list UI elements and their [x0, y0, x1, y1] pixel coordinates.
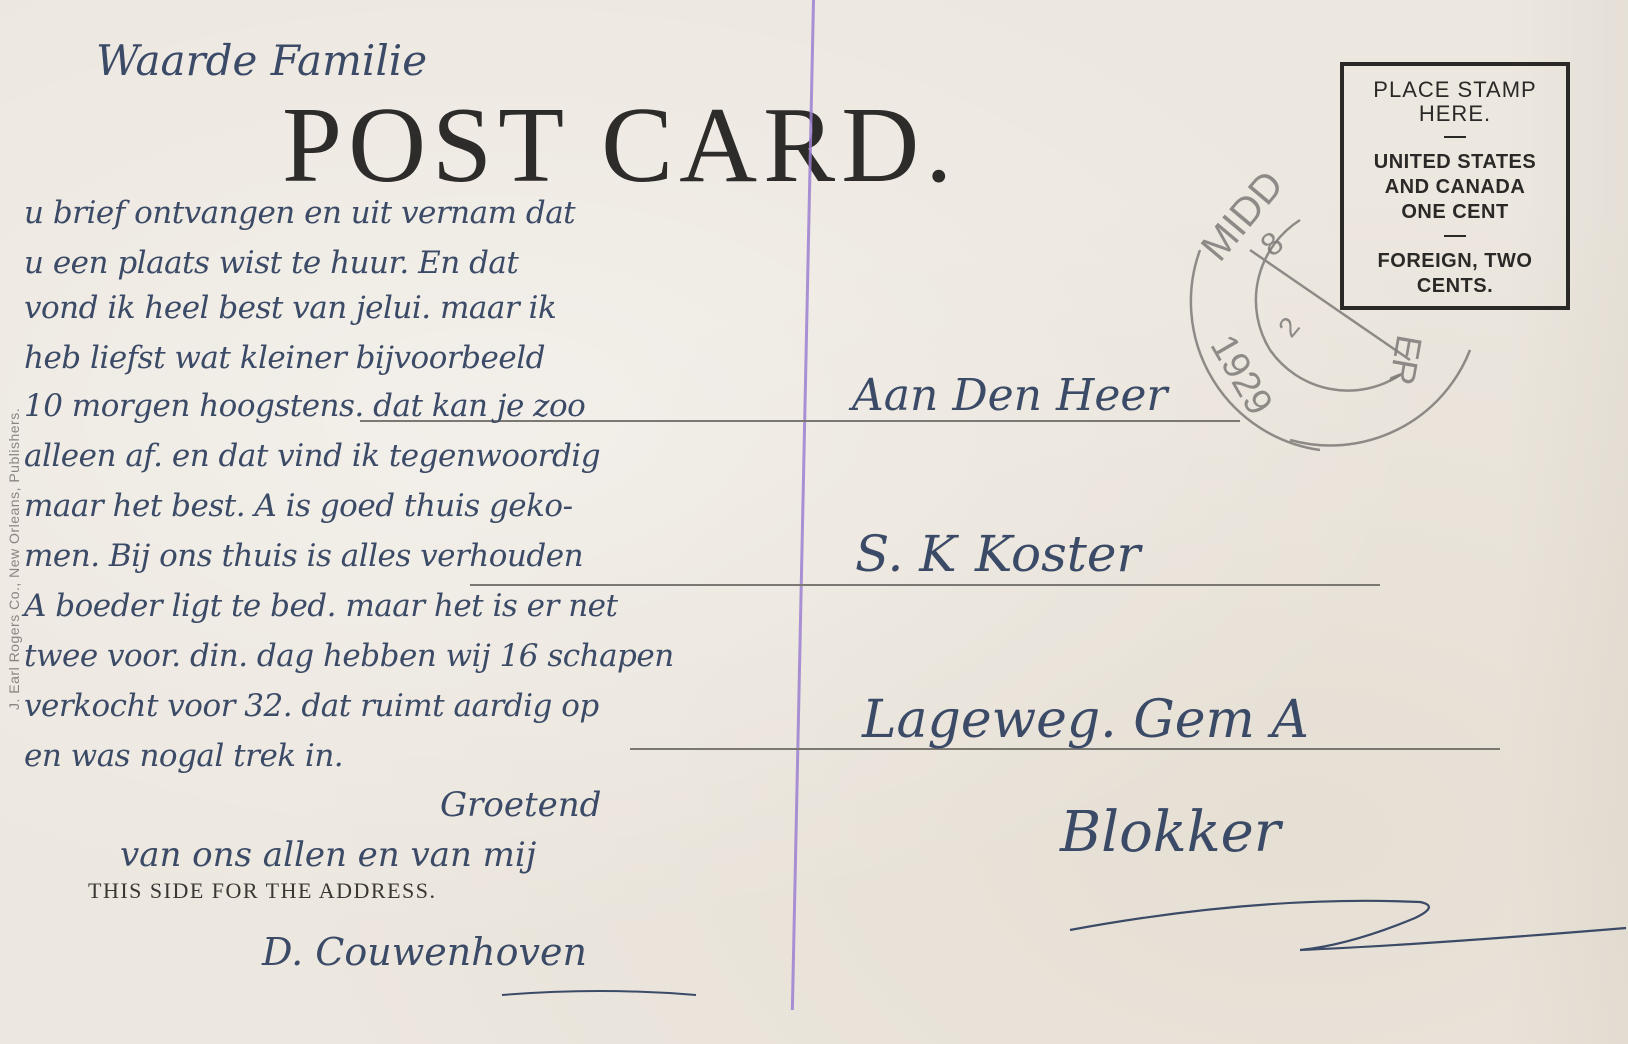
stamp-label-line2: HERE. [1344, 102, 1566, 126]
postmark-town: MIDD [1193, 163, 1292, 270]
postcard-back: Waarde Familie POST CARD. J. Earl Rogers… [0, 0, 1628, 1044]
postcard-title: POST CARD. [282, 92, 958, 200]
address-initials: S. K [855, 525, 957, 583]
message-line: heb liefst wat kleiner bijvoorbeeld [24, 340, 545, 376]
address-flourish [1060, 890, 1628, 960]
message-line: u brief ontvangen en uit vernam dat [24, 195, 575, 231]
closing-from: van ons allen en van mij [120, 835, 536, 875]
message-line: twee voor. din. dag hebben wij 16 schape… [24, 638, 674, 674]
address-recipient-title: Aan Den Heer [852, 370, 1167, 421]
message-line: alleen af. en dat vind ik tegenwoordig [24, 438, 600, 474]
address-side-label: THIS SIDE FOR THE ADDRESS. [88, 878, 436, 904]
message-line: men. Bij ons thuis is alles verhouden [24, 538, 583, 574]
publisher-imprint: J. Earl Rogers Co., New Orleans, Publish… [6, 270, 20, 710]
stamp-foreign-1: FOREIGN, TWO [1344, 249, 1566, 274]
svg-text:ER: ER [1381, 332, 1430, 388]
stamp-domestic-3: ONE CENT [1344, 200, 1566, 225]
address-rule-2 [470, 584, 1380, 586]
salutation: Waarde Familie [96, 36, 427, 85]
svg-text:1929: 1929 [1202, 328, 1281, 422]
stamp-foreign-2: CENTS. [1344, 274, 1566, 299]
stamp-dash-2 [1444, 235, 1466, 237]
closing-greeting: Groetend [440, 785, 601, 825]
address-street: Lageweg. Gem A [862, 690, 1309, 750]
svg-text:2: 2 [1272, 311, 1306, 343]
svg-text:8: 8 [1253, 224, 1290, 263]
stamp-domestic-2: AND CANADA [1344, 175, 1566, 200]
stamp-dash [1444, 136, 1466, 138]
message-line: verkocht voor 32. dat ruimt aardig op [24, 688, 599, 724]
stamp-placement-box: PLACE STAMP HERE. UNITED STATES AND CANA… [1340, 62, 1570, 310]
message-line: u een plaats wist te huur. En dat [24, 245, 518, 281]
message-line: vond ik heel best van jelui. maar ik [24, 290, 556, 326]
stamp-label-line1: PLACE STAMP [1344, 78, 1566, 102]
signature-underline [500, 985, 700, 1001]
message-line: 10 morgen hoogstens. dat kan je zoo [24, 388, 585, 424]
address-surname: Koster [975, 525, 1140, 583]
message-line: maar het best. A is goed thuis geko- [24, 488, 573, 524]
stamp-domestic-1: UNITED STATES [1344, 150, 1566, 175]
message-line: A boeder ligt te bed. maar het is er net [24, 588, 617, 624]
signature: D. Couwenhoven [262, 930, 587, 974]
message-line: en was nogal trek in. [24, 738, 343, 774]
address-town: Blokker [1060, 800, 1281, 865]
